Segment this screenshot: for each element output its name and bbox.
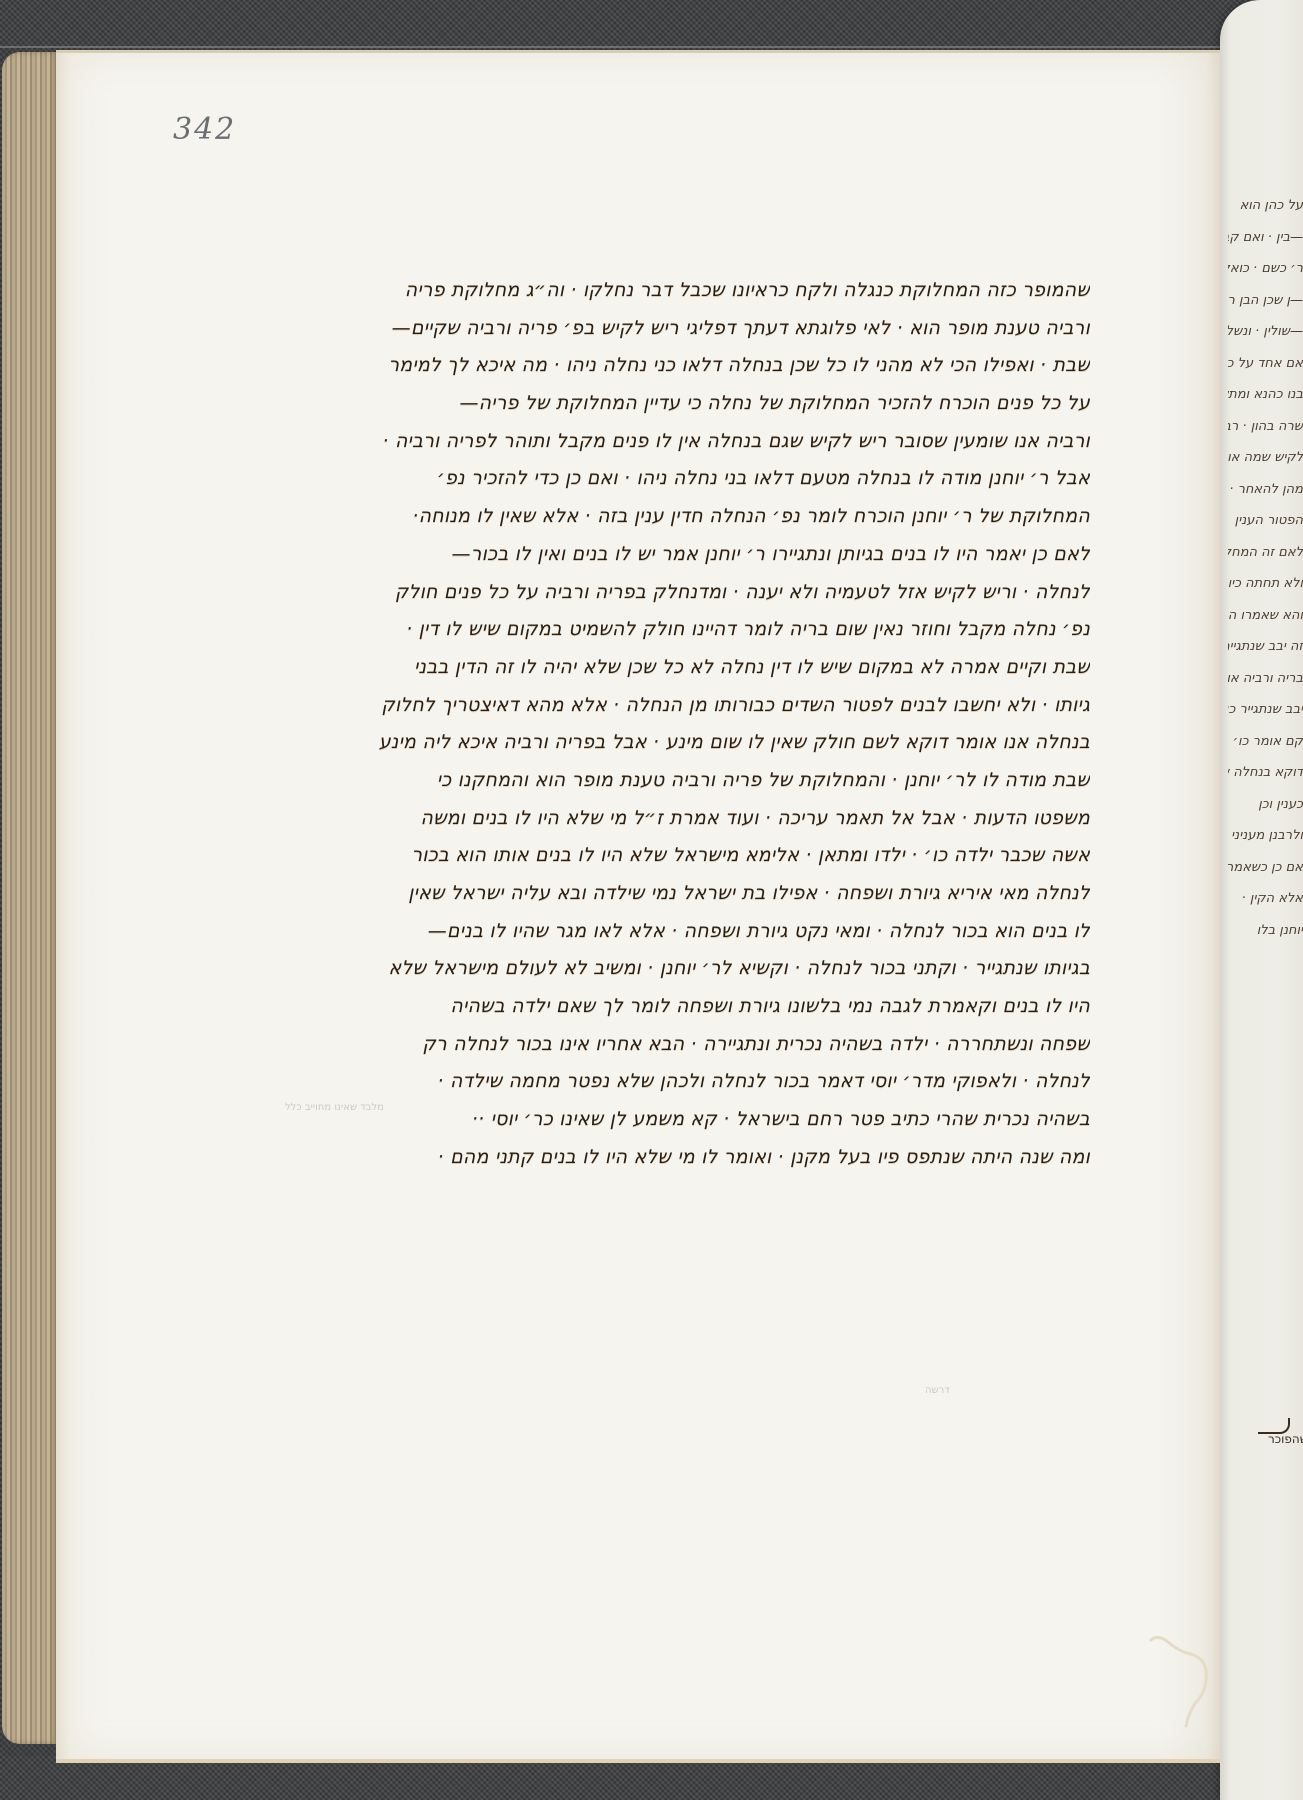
facing-page-text: על כהן הוא —בין · ואם קבזן ר׳ כשם · כואל… [1228,190,1303,946]
text-line: משפטו הדעות · אבל אל תאמר עריכה · ועוד א… [372,800,1090,838]
text-line: בגיותו שנתגייר · וקתני בכור לנחלה · וקשי… [372,950,1090,988]
text-line: גיותו · ולא יחשבו לבנים לפטור השדים כבור… [372,687,1090,725]
text-line: אשה שכבר ילדה כו׳ · ילדו ומתאן · אלימא מ… [372,837,1090,875]
text-line: המחלוקת של ר׳ יוחנן הוכרח לומר נפ׳ הנחלה… [372,498,1090,536]
facing-line: מהן להאחר · עד [1228,474,1303,506]
facing-line: זה יבב שנתגייר [1228,631,1303,663]
facing-line: ר׳ כשם · כואל [1228,253,1303,285]
facing-line: לקיש שמה אומר [1228,442,1303,474]
facing-line: בנו כהנא ומתשב [1228,379,1303,411]
text-line: לנחלה · וריש לקיש אזל לטעמיה ולא יענה · … [372,574,1090,612]
facing-line: —ן שכן הבן רבי [1228,285,1303,317]
text-line: ומה שנה היתה שנתפס פיו בעל מקנן · ואומר … [372,1139,1090,1177]
facing-line: לאם זה המחלוקת [1228,537,1303,569]
text-line: שפחה ונשתחררה · ילדה בשהיה נכרית ונתגייר… [372,1026,1090,1064]
text-line: שבת · ואפילו הכי לא מהני לו כל שכן בנחלה… [372,347,1090,385]
facing-line: בריה ורביה אומר [1228,663,1303,695]
text-line: לו בנים הוא בכור לנחלה · ומאי נקט גיורת … [372,913,1090,951]
text-line: היו לו בנים וקאמרת לגבה נמי בלשונו גיורת… [372,988,1090,1026]
text-line: לנחלה מאי איריא גיורת ושפחה · אפילו בת י… [372,875,1090,913]
main-text-block: שהמופר כזה המחלוקת כנגלה ולקח כראיונו שכ… [372,272,1090,1177]
faint-margin-note: מלבד שאינו מחוייב כלל [285,1102,384,1113]
facing-line: אם אחד על כנס [1228,348,1303,380]
facing-line: ולרבנן מעניני [1228,820,1303,852]
text-line: בנחלה אנו אומר דוקא לשם חולק שאין לו שום… [372,724,1090,762]
catchword: שהפוכר [1268,1432,1303,1446]
facing-line: קם אומר כו׳ [1228,726,1303,758]
paper-damage-trace-icon [1146,1630,1216,1730]
facing-line: יבב שנתגייר כן [1228,694,1303,726]
text-line: ורביה טענת מופר הוא · לאי פלוגתא דעתך דפ… [372,310,1090,348]
text-line: שבת מודה לו לר׳ יוחנן · והמחלוקת של פריה… [372,762,1090,800]
facing-line: על כהן הוא [1228,190,1303,222]
text-line: ורביה אנו שומעין שסובר ריש לקיש שגם בנחל… [372,423,1090,461]
text-line: על כל פנים הוכרח להזכיר המחלוקת של נחלה … [372,385,1090,423]
facing-line: דוקא בנחלה שין [1228,757,1303,789]
text-line: נפ׳ נחלה מקבל וחוזר נאין שום בריה לומר ד… [372,611,1090,649]
text-line: לאם כן יאמר היו לו בנים בגיותן ונתגיירו … [372,536,1090,574]
text-line: לנחלה · ולאפוקי מדר׳ יוסי דאמר בכור לנחל… [372,1063,1090,1101]
book-binding-top [0,0,1303,48]
text-line: אבל ר׳ יוחנן מודה לו בנחלה מטעם דלאו בני… [372,460,1090,498]
facing-line: —שולין · ונשלחו [1228,316,1303,348]
text-line: שהמופר כזה המחלוקת כנגלה ולקח כראיונו שכ… [372,272,1090,310]
facing-line: יוחנן בלו [1228,915,1303,947]
text-line: שבת וקיים אמרה לא במקום שיש לו דין נחלה … [372,649,1090,687]
facing-line: —בין · ואם קבזן [1228,222,1303,254]
facing-line: והא שאמרו הן [1228,600,1303,632]
page-edges [2,52,58,1744]
facing-line: שרה בהון · רבה [1228,411,1303,443]
facing-line: כענין וכן [1228,789,1303,821]
text-line: בשהיה נכרית שהרי כתיב פטר רחם בישראל · ק… [372,1101,1090,1139]
faint-bottom-note: דרשה [925,1385,950,1396]
folio-number: 342 [173,112,236,147]
facing-line: אם כן כשאמר [1228,852,1303,884]
facing-line: ולא תחתה כיון [1228,568,1303,600]
facing-line: אלא הקין · [1228,883,1303,915]
facing-line: הפטור הענין [1228,505,1303,537]
